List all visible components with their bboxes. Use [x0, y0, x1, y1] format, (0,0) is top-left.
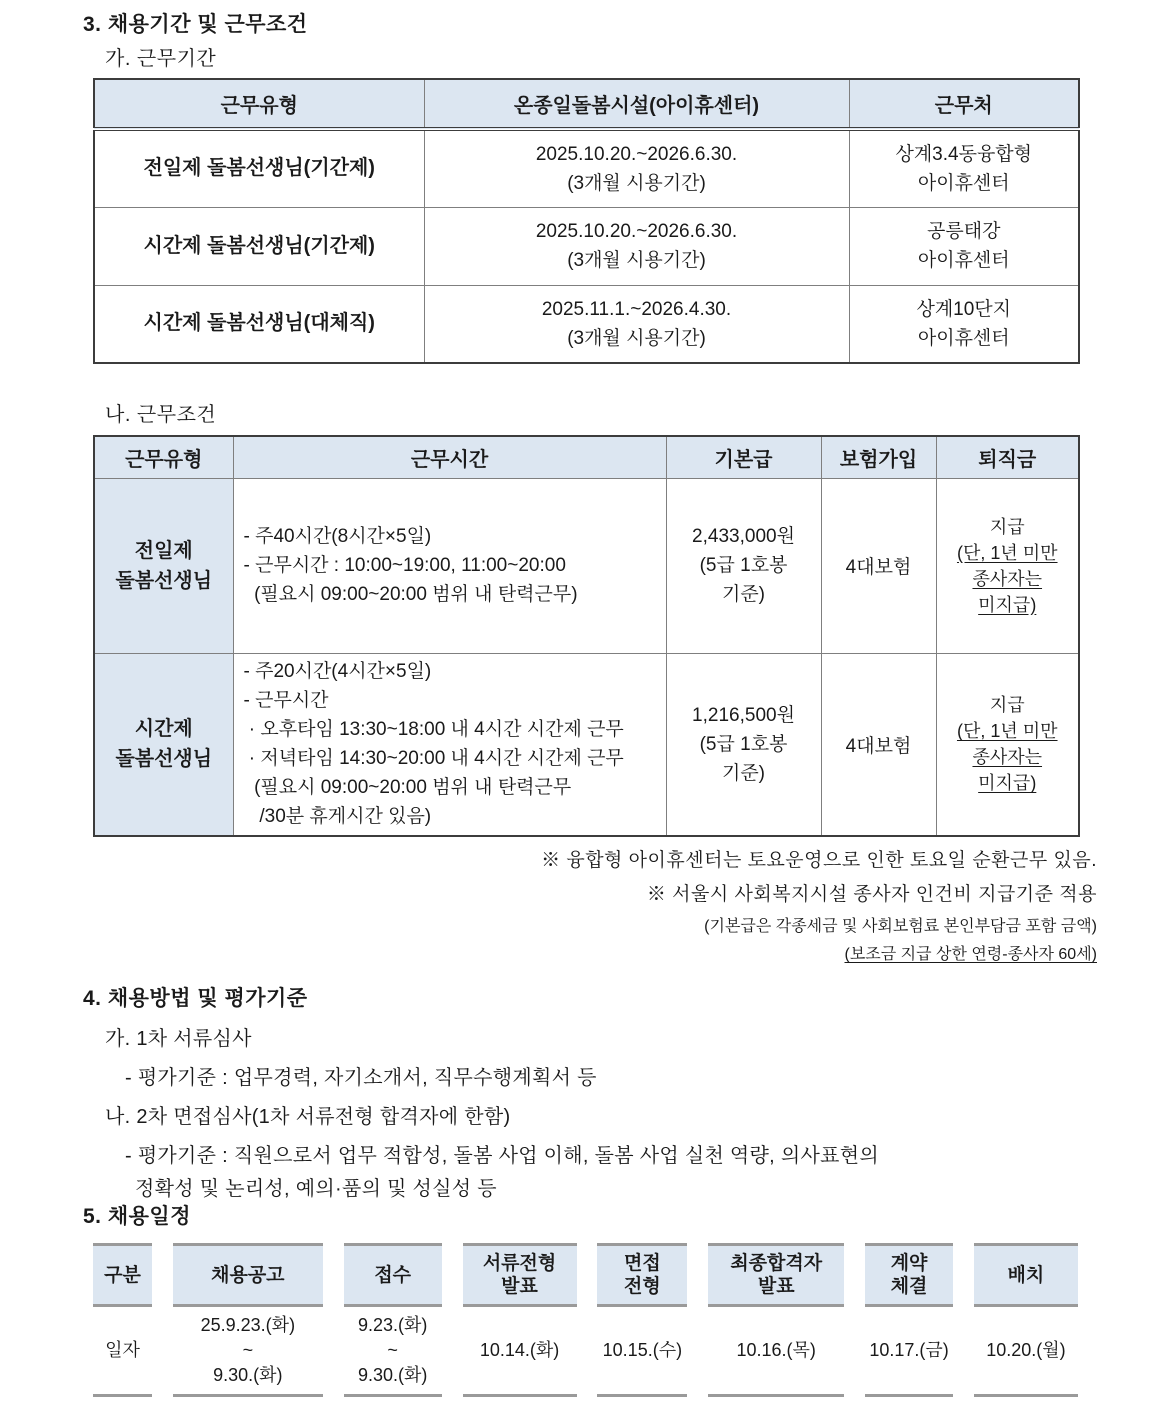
work-condition-header-row: 근무유형 근무시간 기본급 보험가입 퇴직금	[94, 436, 1079, 478]
schedule-header-application: 접수	[344, 1243, 442, 1307]
insurance-cell: 4대보험	[821, 478, 936, 653]
section4-line-second-criteria-cont: 정확성 및 논리성, 예의·품의 및 성실성 등	[83, 1172, 1103, 1201]
table-row: 시간제 돌봄선생님 - 주20시간(4시간×5일) - 근무시간 · 오후타임 …	[94, 653, 1079, 836]
severance-note: (단, 1년 미만 종사자는 미지급)	[937, 718, 1079, 796]
place-cell: 상계10단지 아이휴센터	[849, 285, 1079, 363]
work-period-header-place: 근무처	[849, 79, 1079, 129]
section4: 4. 채용방법 및 평가기준 가. 1차 서류심사 - 평가기준 : 업무경력,…	[83, 982, 1103, 1201]
schedule-col-interview: 면접 전형 10.15.(수)	[597, 1243, 687, 1397]
condition-header-severance: 퇴직금	[936, 436, 1079, 478]
schedule-col-placement: 배치 10.20.(월)	[974, 1243, 1078, 1397]
schedule-header-final-result: 최종합격자 발표	[708, 1243, 844, 1307]
schedule-value-final-result: 10.16.(목)	[708, 1307, 844, 1397]
schedule-col-announcement: 채용공고 25.9.23.(화) ~ 9.30.(화)	[173, 1243, 323, 1397]
work-period-header-type: 근무유형	[94, 79, 424, 129]
schedule-value-interview: 10.15.(수)	[597, 1307, 687, 1397]
condition-header-salary: 기본급	[666, 436, 821, 478]
section4-line-first-criteria: - 평가기준 : 업무경력, 자기소개서, 직무수행계획서 등	[83, 1061, 1103, 1090]
section3-title: 3. 채용기간 및 근무조건	[83, 8, 308, 38]
section4-line-second-screening: 나. 2차 면접심사(1차 서류전형 합격자에 한함)	[83, 1100, 1103, 1129]
schedule-header-announcement: 채용공고	[173, 1243, 323, 1307]
schedule-value-placement: 10.20.(월)	[974, 1307, 1078, 1397]
note-saturday-rotation: ※ 융합형 아이휴센터는 토요운영으로 인한 토요일 순환근무 있음.	[90, 845, 1097, 872]
condition-header-type: 근무유형	[94, 436, 233, 478]
schedule-header-placement: 배치	[974, 1243, 1078, 1307]
schedule-header-contract: 계약 체결	[865, 1243, 953, 1307]
schedule-header-interview: 면접 전형	[597, 1243, 687, 1307]
period-cell: 2025.11.1.~2026.4.30. (3개월 시용기간)	[424, 285, 849, 363]
schedule-col-final-result: 최종합격자 발표 10.16.(목)	[708, 1243, 844, 1397]
hours-cell: - 주20시간(4시간×5일) - 근무시간 · 오후타임 13:30~18:0…	[233, 653, 666, 836]
schedule-value-document-result: 10.14.(화)	[463, 1307, 577, 1397]
severance-main: 지급	[990, 695, 1025, 715]
note-base-pay-includes: (기본급은 각종세금 및 사회보험료 본인부담금 포함 금액)	[90, 913, 1097, 936]
severance-main: 지급	[990, 517, 1025, 537]
schedule-row-label: 일자	[93, 1307, 152, 1397]
place-cell: 상계3.4동융합형 아이휴센터	[849, 129, 1079, 207]
note-subsidy-age-limit: (보조금 지급 상한 연령-종사자 60세)	[90, 941, 1097, 964]
salary-cell: 2,433,000원 (5급 1호봉 기준)	[666, 478, 821, 653]
place-cell: 공릉태강 아이휴센터	[849, 207, 1079, 285]
table-row: 전일제 돌봄선생님 - 주40시간(8시간×5일) - 근무시간 : 10:00…	[94, 478, 1079, 653]
work-type-cell: 전일제 돌봄선생님	[94, 478, 233, 653]
work-condition-table: 근무유형 근무시간 기본급 보험가입 퇴직금 전일제 돌봄선생님 - 주40시간…	[93, 435, 1080, 837]
severance-cell: 지급 (단, 1년 미만 종사자는 미지급)	[936, 478, 1079, 653]
work-type-cell: 시간제 돌봄선생님(대체직)	[94, 285, 424, 363]
work-period-header-facility: 온종일돌봄시설(아이휴센터)	[424, 79, 849, 129]
note-seoul-pay-standard: ※ 서울시 사회복지시설 종사자 인건비 지급기준 적용	[90, 879, 1097, 906]
condition-header-hours: 근무시간	[233, 436, 666, 478]
section4-title: 4. 채용방법 및 평가기준	[83, 982, 1103, 1012]
schedule-col-category: 구분 일자	[93, 1243, 152, 1397]
table-row: 전일제 돌봄선생님(기간제) 2025.10.20.~2026.6.30. (3…	[94, 129, 1079, 207]
schedule-value-announcement: 25.9.23.(화) ~ 9.30.(화)	[173, 1307, 323, 1397]
table-row: 시간제 돌봄선생님(기간제) 2025.10.20.~2026.6.30. (3…	[94, 207, 1079, 285]
table-row: 시간제 돌봄선생님(대체직) 2025.11.1.~2026.4.30. (3개…	[94, 285, 1079, 363]
schedule-header-document-result: 서류전형 발표	[463, 1243, 577, 1307]
period-cell: 2025.10.20.~2026.6.30. (3개월 시용기간)	[424, 207, 849, 285]
section4-line-first-screening: 가. 1차 서류심사	[83, 1022, 1103, 1051]
work-period-header-row: 근무유형 온종일돌봄시설(아이휴센터) 근무처	[94, 79, 1079, 129]
work-period-table: 근무유형 온종일돌봄시설(아이휴센터) 근무처 전일제 돌봄선생님(기간제) 2…	[93, 78, 1080, 364]
schedule-col-contract: 계약 체결 10.17.(금)	[865, 1243, 953, 1397]
hours-cell: - 주40시간(8시간×5일) - 근무시간 : 10:00~19:00, 11…	[233, 478, 666, 653]
section4-line-second-criteria: - 평가기준 : 직원으로서 업무 적합성, 돌봄 사업 이해, 돌봄 사업 실…	[83, 1139, 1103, 1168]
period-cell: 2025.10.20.~2026.6.30. (3개월 시용기간)	[424, 129, 849, 207]
work-type-cell: 전일제 돌봄선생님(기간제)	[94, 129, 424, 207]
section3-sub-b-heading: 나. 근무조건	[105, 398, 216, 427]
work-type-cell: 시간제 돌봄선생님(기간제)	[94, 207, 424, 285]
schedule-col-application: 접수 9.23.(화) ~ 9.30.(화)	[344, 1243, 442, 1397]
salary-cell: 1,216,500원 (5급 1호봉 기준)	[666, 653, 821, 836]
condition-header-insurance: 보험가입	[821, 436, 936, 478]
schedule-table: 구분 일자 채용공고 25.9.23.(화) ~ 9.30.(화) 접수 9.2…	[93, 1243, 1078, 1397]
section5-title: 5. 채용일정	[83, 1200, 191, 1230]
schedule-value-application: 9.23.(화) ~ 9.30.(화)	[344, 1307, 442, 1397]
table-notes: ※ 융합형 아이휴센터는 토요운영으로 인한 토요일 순환근무 있음. ※ 서울…	[90, 845, 1097, 969]
severance-cell: 지급 (단, 1년 미만 종사자는 미지급)	[936, 653, 1079, 836]
insurance-cell: 4대보험	[821, 653, 936, 836]
section3-sub-a-heading: 가. 근무기간	[105, 42, 216, 71]
severance-note: (단, 1년 미만 종사자는 미지급)	[937, 540, 1079, 618]
schedule-header-category: 구분	[93, 1243, 152, 1307]
schedule-value-contract: 10.17.(금)	[865, 1307, 953, 1397]
schedule-col-document-result: 서류전형 발표 10.14.(화)	[463, 1243, 577, 1397]
work-type-cell: 시간제 돌봄선생님	[94, 653, 233, 836]
